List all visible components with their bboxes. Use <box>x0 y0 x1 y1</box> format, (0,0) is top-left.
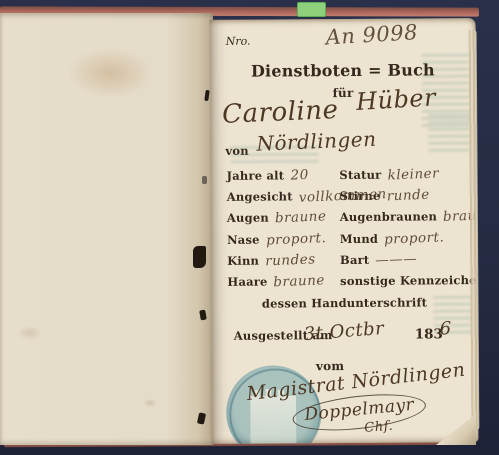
field-row: Augenbraune Augenbraunenbraun <box>227 208 467 231</box>
green-bookmark-tab <box>297 2 326 17</box>
bleedthrough-text <box>428 114 470 156</box>
handwritten-place: Nördlingen <box>256 127 377 156</box>
field-value: proport. <box>384 229 445 248</box>
field-label: Augen <box>227 211 269 225</box>
field-value: kleiner <box>387 165 439 183</box>
field-label: sonstige Kennzeichen <box>340 273 478 288</box>
handwritten-last-name: Hüber <box>355 83 436 116</box>
field-value: braune <box>275 208 327 226</box>
handwritten-date: 3t Octbr <box>303 318 385 345</box>
field-value: rundes <box>265 251 316 269</box>
handunterschrift-label: dessen Handunterschrift <box>211 295 477 311</box>
field-value: proport. <box>265 230 326 249</box>
field-label: Kinn <box>227 254 259 268</box>
field-value: braune <box>273 272 325 290</box>
field-row: Naseproport. Mundproport. <box>227 230 467 253</box>
field-label: Jahre alt <box>227 168 285 182</box>
field-label: Augenbraunen <box>340 209 437 224</box>
field-row: Jahre alt20 Staturkleiner <box>227 166 467 189</box>
book-title: Dienstboten = Buch <box>210 60 476 81</box>
binding-tear <box>193 246 206 268</box>
field-label: Bart <box>340 253 369 267</box>
page-stack-edge <box>469 30 480 430</box>
vom-label: vom <box>316 359 344 373</box>
field-label: Haare <box>227 275 267 289</box>
photo-of-servant-book: Nro. An 9098 Dienstboten = Buch für Caro… <box>0 0 499 455</box>
description-fields: Jahre alt20 Staturkleiner Angesichtvollk… <box>211 166 477 168</box>
field-row: Kinnrundes Bart——— <box>227 251 467 274</box>
signature-note: Chf. <box>364 419 394 436</box>
field-label: Nase <box>227 233 260 247</box>
nro-label: Nro. <box>226 35 251 48</box>
handwritten-year-digit: 6 <box>440 318 452 339</box>
von-label: von <box>225 144 248 158</box>
title-page: Nro. An 9098 Dienstboten = Buch für Caro… <box>210 18 479 444</box>
field-label: Mund <box>340 232 378 246</box>
handwritten-first-name: Caroline <box>222 95 339 130</box>
field-row: Angesichtvollkommen Stirnerunde <box>227 187 467 210</box>
binding-stitch <box>202 176 207 184</box>
handwritten-number: An 9098 <box>325 20 419 49</box>
blank-left-page <box>0 13 213 445</box>
field-row: Haarebraune sonstige Kennzeichen— <box>227 272 467 295</box>
field-label: Statur <box>339 168 381 182</box>
field-label: Angesicht <box>227 189 293 203</box>
issue-line: Ausgestellt am 3t Octbr 183 6 <box>212 327 478 355</box>
field-value: runde <box>386 187 430 205</box>
field-value: ——— <box>375 251 418 269</box>
field-value: 20 <box>290 167 309 184</box>
